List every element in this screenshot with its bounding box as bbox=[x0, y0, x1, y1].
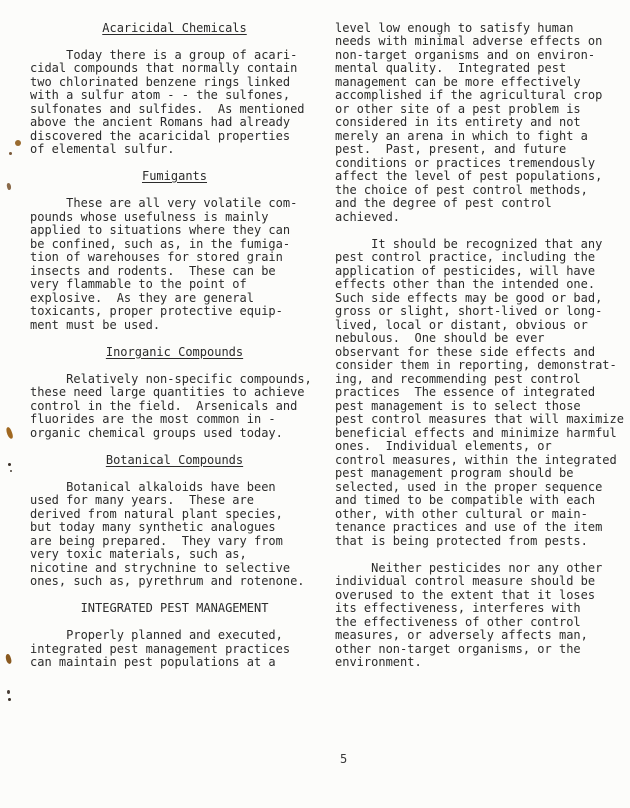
paragraph-fumigants: These are all very volatile com- pounds … bbox=[30, 197, 319, 332]
right-column: level low enough to satisfy human needs … bbox=[335, 8, 624, 683]
stain-speck bbox=[9, 152, 12, 155]
paragraph-inorganic-compounds: Relatively non-specific compounds, these… bbox=[30, 373, 319, 441]
paragraph-overuse-warning: Neither pesticides nor any other individ… bbox=[335, 562, 624, 670]
document-page: Acaricidal Chemicals Today there is a gr… bbox=[0, 0, 630, 808]
section-heading-integrated-pest-management: INTEGRATED PEST MANAGEMENT bbox=[30, 602, 319, 616]
paragraph-botanical-compounds: Botanical alkaloids have been used for m… bbox=[30, 481, 319, 589]
paragraph-acaricidal-chemicals: Today there is a group of acari- cidal c… bbox=[30, 49, 319, 157]
stain-speck bbox=[8, 463, 11, 466]
stain-speck bbox=[7, 690, 10, 694]
page-number: 5 bbox=[340, 752, 347, 766]
paragraph-integrated-pest-management: Properly planned and executed, integrate… bbox=[30, 629, 319, 670]
section-heading-botanical-compounds: Botanical Compounds bbox=[30, 454, 319, 468]
section-heading-acaricidal-chemicals: Acaricidal Chemicals bbox=[30, 22, 319, 36]
stain-speck bbox=[10, 470, 12, 472]
paragraph-ipm-continued: level low enough to satisfy human needs … bbox=[335, 22, 624, 225]
paragraph-side-effects: It should be recognized that any pest co… bbox=[335, 238, 624, 549]
section-heading-fumigants: Fumigants bbox=[30, 170, 319, 184]
section-heading-inorganic-compounds: Inorganic Compounds bbox=[30, 346, 319, 360]
two-column-text: Acaricidal Chemicals Today there is a gr… bbox=[0, 0, 630, 683]
left-column: Acaricidal Chemicals Today there is a gr… bbox=[30, 8, 319, 683]
stain-speck bbox=[15, 140, 21, 146]
stain-speck bbox=[8, 698, 11, 701]
